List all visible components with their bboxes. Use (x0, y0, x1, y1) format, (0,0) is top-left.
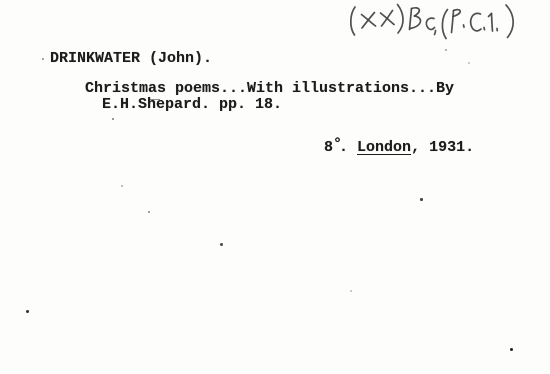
handwriting-stroke (471, 13, 481, 30)
paper-speck (350, 290, 352, 292)
format-size: 8 (324, 139, 333, 156)
imprint-line: 8°. London, 1931. (288, 125, 474, 170)
handwriting-stroke (410, 16, 420, 29)
handwriting-stroke (412, 8, 420, 16)
paper-speck (121, 185, 123, 187)
format-degree-superscript: ° (333, 137, 339, 152)
paper-speck (510, 348, 513, 351)
paper-speck (42, 58, 44, 60)
handwriting-stroke (435, 31, 436, 35)
author-heading: DRINKWATER (John). (50, 51, 212, 66)
handwriting-stroke (351, 7, 355, 35)
paper-speck (112, 118, 114, 120)
handwritten-shelfmark (340, 0, 535, 46)
imprint-date: , 1931. (411, 139, 474, 156)
paper-speck (468, 62, 470, 64)
imprint-place: London (357, 139, 411, 156)
title-line-2: E.H.Shepard. pp. 18. (102, 97, 282, 112)
title-line-1: Christmas poems...With illustrations...B… (85, 81, 454, 96)
handwriting-stroke (452, 11, 454, 33)
handwriting-stroke (506, 5, 513, 38)
handwriting-stroke (492, 14, 493, 32)
handwriting-stroke (442, 10, 447, 39)
handwriting-stroke (484, 28, 485, 30)
paper-speck (420, 198, 423, 201)
handwriting-stroke (382, 11, 393, 27)
handwriting-stroke (398, 5, 404, 34)
handwriting-stroke (426, 18, 434, 29)
handwriting-stroke (410, 9, 412, 30)
handwriting-stroke (362, 13, 375, 29)
catalog-card: DRINKWATER (John). Christmas poems...Wit… (0, 0, 550, 374)
handwriting-stroke (464, 25, 465, 27)
paper-speck (445, 49, 447, 51)
paper-speck (220, 243, 223, 246)
paper-speck (26, 310, 29, 313)
paper-speck (148, 211, 150, 213)
stray-typewriter-mark (150, 99, 160, 100)
